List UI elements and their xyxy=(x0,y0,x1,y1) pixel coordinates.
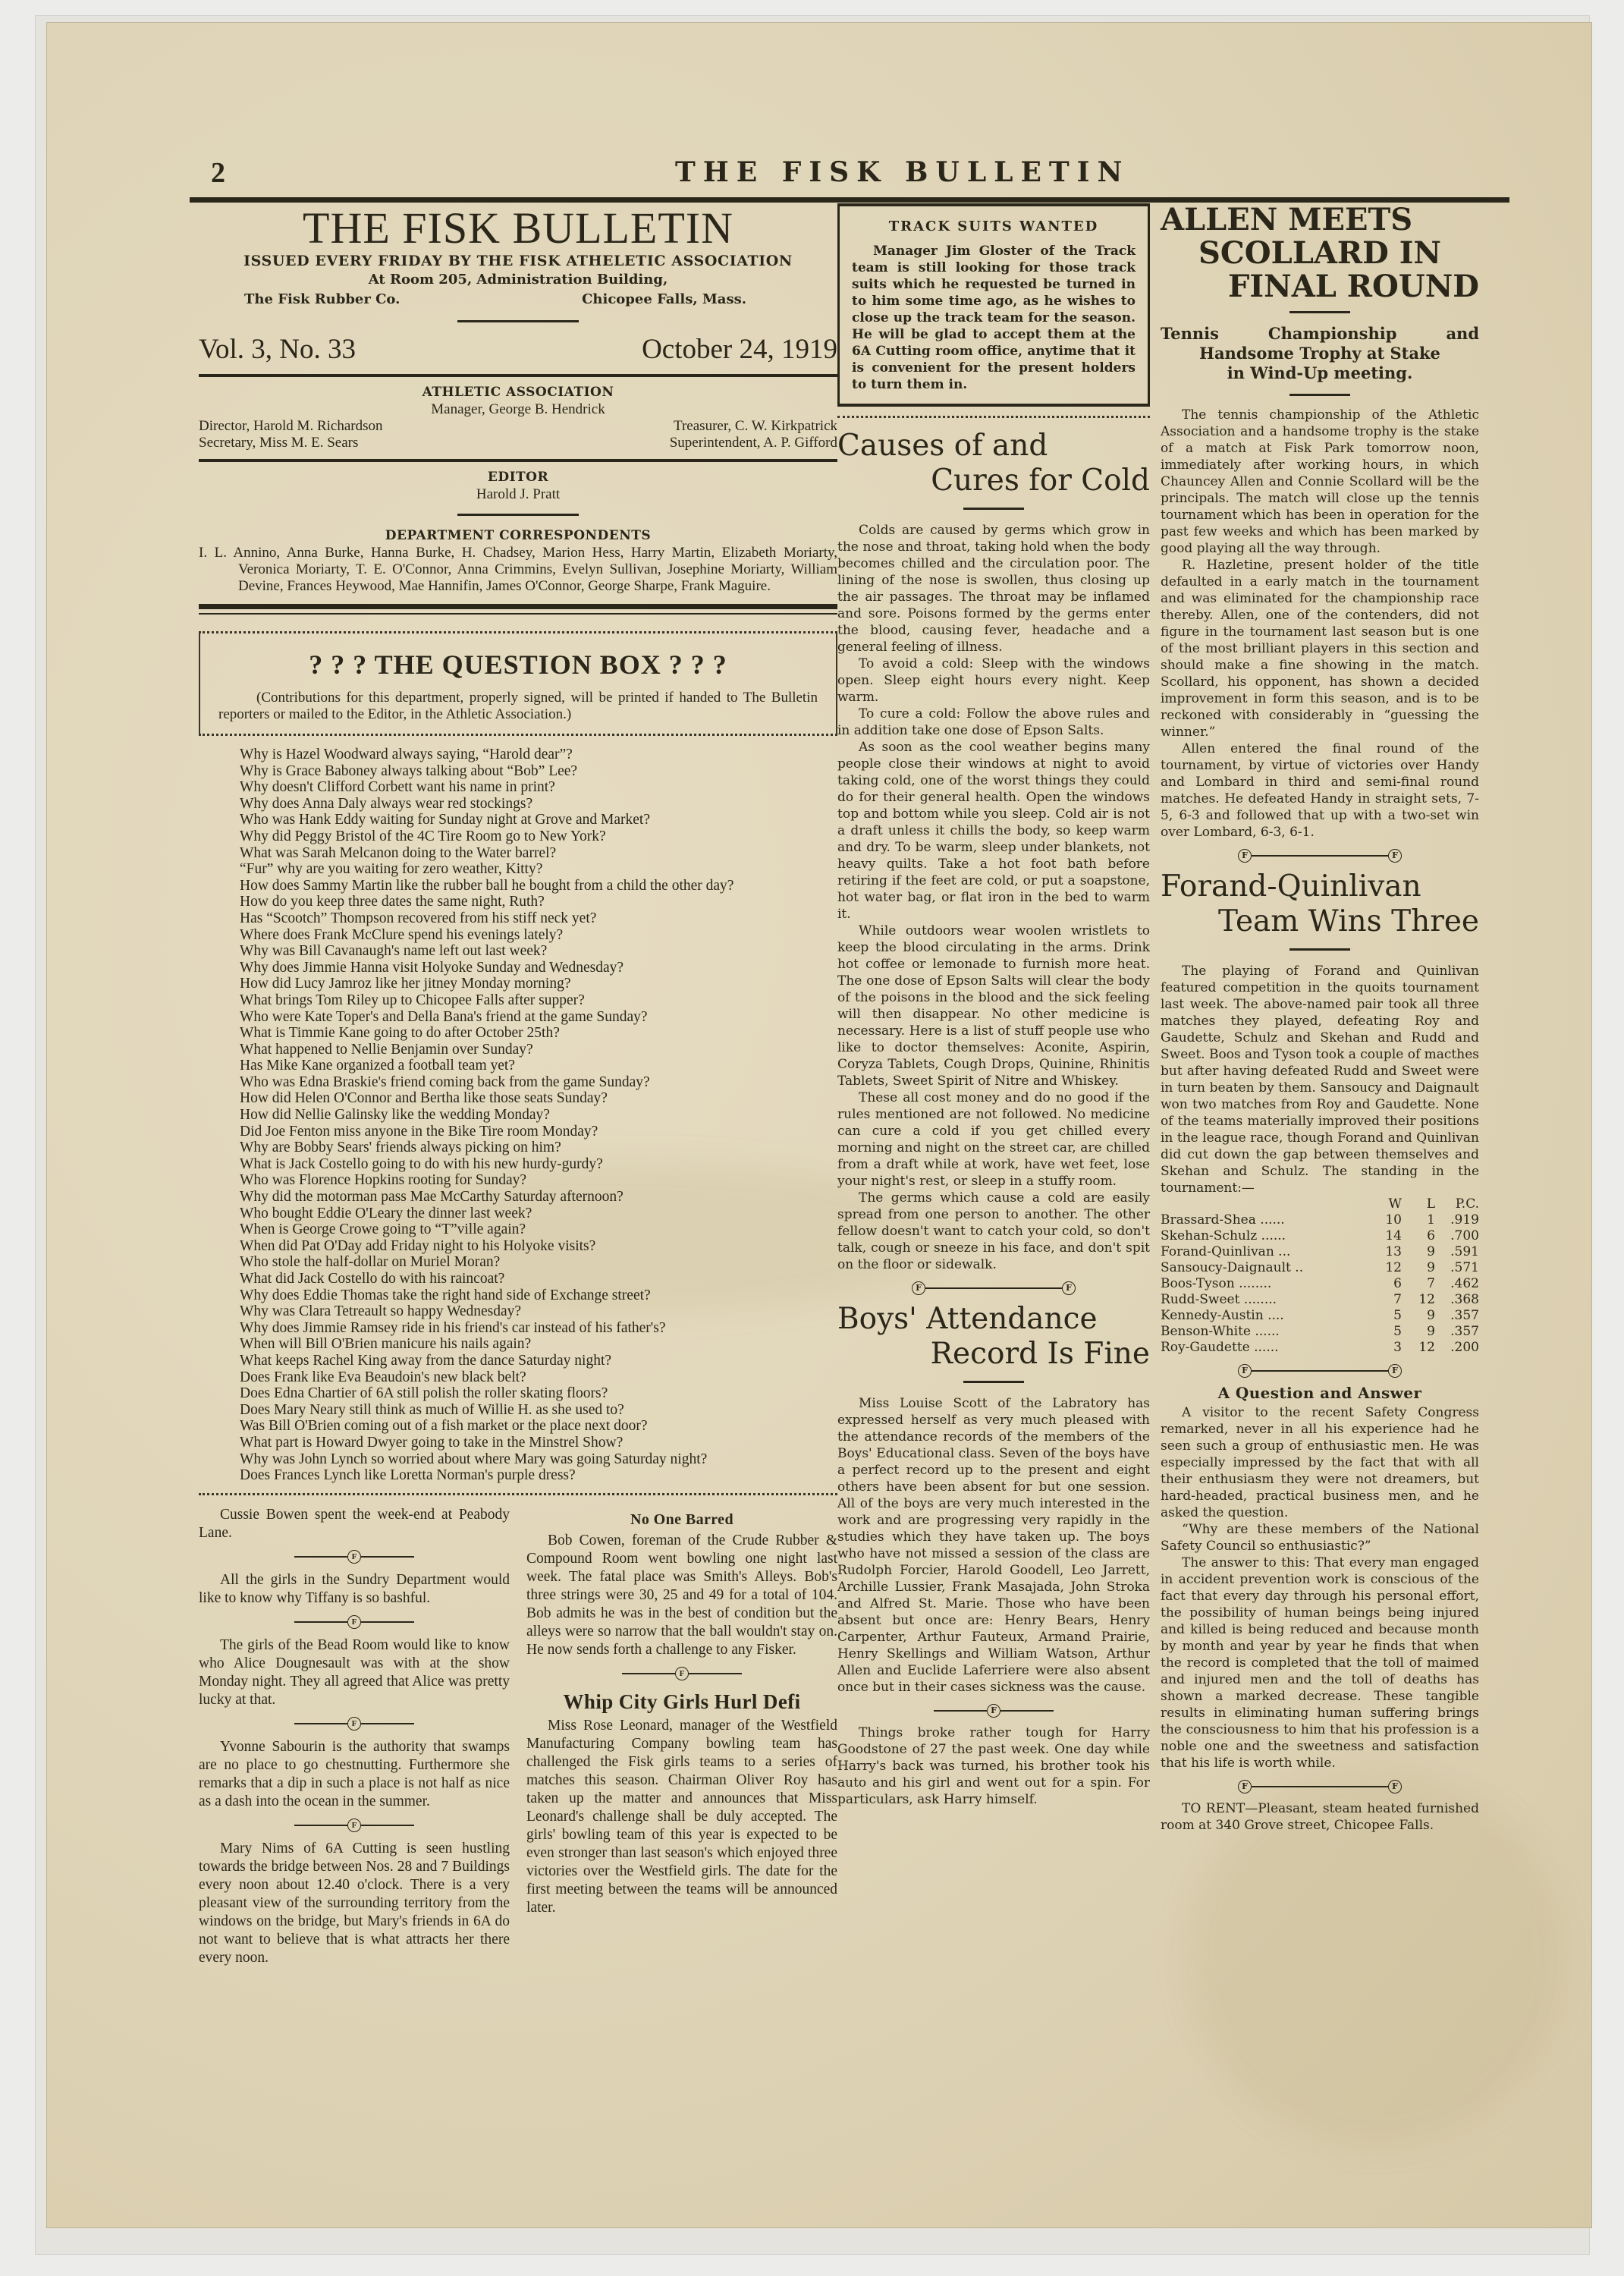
masthead-location: Chicopee Falls, Mass. xyxy=(582,290,746,310)
question-item: When will Bill O'Brien manicure his nail… xyxy=(199,1336,837,1353)
brief-item: Cussie Bowen spent the week-end at Peabo… xyxy=(199,1506,510,1542)
question-item: What is Timmie Kane going to do after Oc… xyxy=(199,1025,837,1042)
brief-item: All the girls in the Sundry Department w… xyxy=(199,1571,510,1608)
losses: 9 xyxy=(1402,1324,1435,1340)
question-item: Did Joe Fenton miss anyone in the Bike T… xyxy=(199,1124,837,1140)
masthead-company-row: The Fisk Rubber Co. Chicopee Falls, Mass… xyxy=(199,290,837,310)
masthead-address: At Room 205, Administration Building, xyxy=(199,270,837,290)
colds-paragraph: To avoid a cold: Sleep with the windows … xyxy=(837,655,1150,706)
question-item: How did Helen O'Connor and Bertha like t… xyxy=(199,1090,837,1107)
page-number: 2 xyxy=(211,156,225,190)
colds-paragraph: To cure a cold: Follow the above rules a… xyxy=(837,706,1150,739)
fisk-logo-icon: F xyxy=(1388,849,1402,863)
correspondents-heading: DEPARTMENT CORRESPONDENTS xyxy=(199,527,837,545)
question-item: When is George Crowe going to “T”ville a… xyxy=(199,1221,837,1238)
middle-column: TRACK SUITS WANTED Manager Jim Gloster o… xyxy=(837,203,1150,1808)
losses: 9 xyxy=(1402,1244,1435,1260)
losses: 1 xyxy=(1402,1212,1435,1228)
allen-scollard-headline: ALLEN MEETS SCOLLARD IN FINAL ROUND xyxy=(1161,203,1479,303)
left-subcolumns: Cussie Bowen spent the week-end at Peabo… xyxy=(199,1506,837,1967)
fisk-logo-icon: F xyxy=(987,1704,1000,1718)
question-item: Why is Grace Baboney always talking abou… xyxy=(199,763,837,780)
brief-item: Mary Nims of 6A Cutting is seen hustling… xyxy=(199,1840,510,1967)
question-item: Why was Bill Cavanaugh's name left out l… xyxy=(199,943,837,960)
wins: 5 xyxy=(1368,1308,1402,1324)
ornament-divider: F xyxy=(199,1548,510,1565)
percentage: .462 xyxy=(1435,1276,1479,1292)
colds-headline-line-1: Causes of and xyxy=(837,429,1150,464)
ornament-divider: F xyxy=(199,1614,510,1630)
correspondents-list: I. L. Annino, Anna Burke, Hanna Burke, H… xyxy=(199,545,837,595)
forand-headline-line-2: Team Wins Three xyxy=(1161,904,1479,939)
question-answer-heading: A Question and Answer xyxy=(1161,1385,1479,1401)
team-name: Kennedy-Austin .... xyxy=(1161,1308,1368,1324)
question-item: Who were Kate Toper's and Della Bana's f… xyxy=(199,1009,837,1026)
losses: 7 xyxy=(1402,1276,1435,1292)
question-item: Why is Hazel Woodward always saying, “Ha… xyxy=(199,747,837,763)
deck-line: in Wind-Up meeting. xyxy=(1161,363,1479,383)
question-item: Why does Jimmie Ramsey ride in his frien… xyxy=(199,1320,837,1337)
question-item: Who bought Eddie O'Leary the dinner last… xyxy=(199,1206,837,1222)
superintendent-line: Superintendent, A. P. Gifford xyxy=(670,435,837,451)
masthead-company: The Fisk Rubber Co. xyxy=(244,290,400,310)
quoits-standings-table: W L P.C. Brassard-Shea ......101.919 Ske… xyxy=(1161,1196,1479,1356)
team-name: Benson-White ...... xyxy=(1161,1324,1368,1340)
forand-quinlivan-body: The playing of Forand and Quinlivan feat… xyxy=(1161,963,1479,1196)
losses: 12 xyxy=(1402,1292,1435,1308)
no-one-barred-body: Bob Cowen, foreman of the Crude Rubber &… xyxy=(526,1532,837,1659)
divider xyxy=(457,514,579,516)
wins: 12 xyxy=(1368,1260,1402,1276)
wavy-divider xyxy=(837,416,1150,418)
table-row: Boos-Tyson ........67.462 xyxy=(1161,1276,1479,1292)
question-item: Who stole the half-dollar on Muriel Mora… xyxy=(199,1254,837,1271)
wins: 3 xyxy=(1368,1340,1402,1356)
running-head: 2 THE FISK BULLETIN xyxy=(190,152,1509,203)
wins: 10 xyxy=(1368,1212,1402,1228)
divider xyxy=(1289,394,1350,396)
question-item: What keeps Rachel King away from the dan… xyxy=(199,1353,837,1369)
fisk-logo-icon: F xyxy=(1238,1364,1252,1378)
whip-city-heading: Whip City Girls Hurl Defi xyxy=(526,1693,837,1711)
brief-item: The girls of the Bead Room would like to… xyxy=(199,1636,510,1709)
question-box-note: (Contributions for this department, prop… xyxy=(218,690,818,723)
to-rent-ad: TO RENT—Pleasant, steam heated furnished… xyxy=(1161,1800,1479,1834)
question-item: Why did Peggy Bristol of the 4C Tire Roo… xyxy=(199,828,837,845)
percentage: .700 xyxy=(1435,1228,1479,1244)
allen-scollard-deck: Tennis Championship and Handsome Trophy … xyxy=(1161,324,1479,383)
issue-row: Vol. 3, No. 33 October 24, 1919 xyxy=(199,333,837,366)
colds-paragraph: Colds are caused by germs which grow in … xyxy=(837,522,1150,655)
team-name: Roy-Gaudette ...... xyxy=(1161,1340,1368,1356)
question-answer-paragraph: “Why are these members of the National S… xyxy=(1161,1521,1479,1555)
table-row: Benson-White ......59.357 xyxy=(1161,1324,1479,1340)
forand-quinlivan-headline: Forand-Quinlivan Team Wins Three xyxy=(1161,869,1479,939)
question-answer-paragraph: The answer to this: That every man engag… xyxy=(1161,1555,1479,1771)
wins: 7 xyxy=(1368,1292,1402,1308)
divider xyxy=(199,613,837,615)
allen-headline-line-1: ALLEN MEETS xyxy=(1161,203,1479,237)
losses: 6 xyxy=(1402,1228,1435,1244)
divider xyxy=(199,459,837,462)
question-item: What happened to Nellie Benjamin over Su… xyxy=(199,1042,837,1058)
question-item: Who was Edna Braskie's friend coming bac… xyxy=(199,1074,837,1091)
masthead-title: THE FISK BULLETIN xyxy=(199,205,837,252)
ornament-divider: FF xyxy=(837,1279,1150,1296)
right-column: ALLEN MEETS SCOLLARD IN FINAL ROUND Tenn… xyxy=(1161,203,1479,1834)
treasurer-line: Treasurer, C. W. Kirkpatrick xyxy=(674,418,837,435)
question-item: How do you keep three dates the same nig… xyxy=(199,894,837,910)
director-line: Director, Harold M. Richardson xyxy=(199,418,382,435)
question-item: Why was John Lynch so worried about wher… xyxy=(199,1451,837,1468)
colds-paragraph: These all cost money and do no good if t… xyxy=(837,1089,1150,1190)
table-row: Brassard-Shea ......101.919 xyxy=(1161,1212,1479,1228)
question-item: Does Frank like Eva Beaudoin's new black… xyxy=(199,1369,837,1386)
wins: 6 xyxy=(1368,1276,1402,1292)
divider xyxy=(1289,948,1350,951)
fisk-logo-icon: F xyxy=(1388,1364,1402,1378)
question-item: Has “Scootch” Thompson recovered from hi… xyxy=(199,910,837,927)
allen-paragraph: R. Hazletine, present holder of the titl… xyxy=(1161,557,1479,740)
percentage: .571 xyxy=(1435,1260,1479,1276)
question-item: How did Nellie Galinsky like the wedding… xyxy=(199,1107,837,1124)
harry-goodstone-body: Things broke rather tough for Harry Good… xyxy=(837,1724,1150,1808)
table-row: Kennedy-Austin ....59.357 xyxy=(1161,1308,1479,1324)
question-box-title: ? ? ? THE QUESTION BOX ? ? ? xyxy=(218,646,818,684)
colds-headline-line-2: Cures for Cold xyxy=(837,464,1150,498)
whip-city-body: Miss Rose Leonard, manager of the Westfi… xyxy=(526,1717,837,1917)
ornament-divider: F xyxy=(199,1715,510,1732)
secretary-line: Secretary, Miss M. E. Sears xyxy=(199,435,358,451)
divider xyxy=(199,374,837,377)
officers-row-1: Director, Harold M. Richardson Treasurer… xyxy=(199,418,837,435)
team-name: Skehan-Schulz ...... xyxy=(1161,1228,1368,1244)
question-item: Why does Eddie Thomas take the right han… xyxy=(199,1287,837,1304)
question-item: Why does Jimmie Hanna visit Holyoke Sund… xyxy=(199,960,837,976)
percentage: .200 xyxy=(1435,1340,1479,1356)
officers-row-2: Secretary, Miss M. E. Sears Superintende… xyxy=(199,435,837,451)
issue-date: October 24, 1919 xyxy=(642,333,837,366)
table-row: Skehan-Schulz ......146.700 xyxy=(1161,1228,1479,1244)
question-item: Does Mary Neary still think as much of W… xyxy=(199,1402,837,1419)
track-suits-box: TRACK SUITS WANTED Manager Jim Gloster o… xyxy=(837,203,1150,407)
question-item: Does Frances Lynch like Loretta Norman's… xyxy=(199,1467,837,1484)
fisk-logo-icon: F xyxy=(675,1667,689,1680)
ornament-divider: F xyxy=(526,1665,837,1682)
column-header: P.C. xyxy=(1435,1196,1479,1212)
team-name: Forand-Quinlivan ... xyxy=(1161,1244,1368,1260)
wins: 13 xyxy=(1368,1244,1402,1260)
fisk-logo-icon: F xyxy=(1238,849,1252,863)
divider xyxy=(457,320,579,322)
manager-line: Manager, George B. Hendrick xyxy=(199,401,837,418)
question-item: “Fur” why are you waiting for zero weath… xyxy=(199,861,837,878)
divider xyxy=(199,604,837,609)
question-list: Why is Hazel Woodward always saying, “Ha… xyxy=(199,747,837,1484)
percentage: .591 xyxy=(1435,1244,1479,1260)
fisk-logo-icon: F xyxy=(1388,1780,1402,1793)
question-item: Why was Clara Tetreault so happy Wednesd… xyxy=(199,1303,837,1320)
wins: 5 xyxy=(1368,1324,1402,1340)
question-item: Where does Frank McClure spend his eveni… xyxy=(199,927,837,944)
question-item: How did Lucy Jamroz like her jitney Mond… xyxy=(199,976,837,992)
table-row: Sansoucy-Daignault ..129.571 xyxy=(1161,1260,1479,1276)
losses: 12 xyxy=(1402,1340,1435,1356)
question-item: Why did the motorman pass Mae McCarthy S… xyxy=(199,1189,837,1206)
question-item: What was Sarah Melcanon doing to the Wat… xyxy=(199,845,837,862)
fisk-logo-icon: F xyxy=(912,1281,925,1295)
colds-paragraph: As soon as the cool weather begins many … xyxy=(837,739,1150,923)
question-item: Why doesn't Clifford Corbett want his na… xyxy=(199,779,837,796)
losses: 9 xyxy=(1402,1308,1435,1324)
team-name: Sansoucy-Daignault .. xyxy=(1161,1260,1368,1276)
masthead-issued-by: ISSUED EVERY FRIDAY BY THE FISK ATHELETI… xyxy=(199,252,837,270)
table-row: Forand-Quinlivan ...139.591 xyxy=(1161,1244,1479,1260)
ornament-divider: F xyxy=(837,1702,1150,1718)
ornament-divider: FF xyxy=(1161,1362,1479,1378)
question-item: What brings Tom Riley up to Chicopee Fal… xyxy=(199,992,837,1009)
table-row: Rudd-Sweet ........712.368 xyxy=(1161,1292,1479,1308)
athletic-association-heading: ATHLETIC ASSOCIATION xyxy=(199,383,837,401)
volume-number: Vol. 3, No. 33 xyxy=(199,333,356,366)
boys-headline-line-2: Record Is Fine xyxy=(837,1337,1150,1372)
allen-headline-line-2: SCOLLARD IN xyxy=(1161,237,1479,270)
question-item: Who was Hank Eddy waiting for Sunday nig… xyxy=(199,812,837,828)
column-header: W xyxy=(1368,1196,1402,1212)
divider xyxy=(1289,311,1350,313)
fisk-logo-icon: F xyxy=(347,1550,361,1564)
column-header: L xyxy=(1402,1196,1435,1212)
deck-line: Handsome Trophy at Stake xyxy=(1161,344,1479,363)
fisk-logo-icon: F xyxy=(347,1717,361,1731)
colds-headline: Causes of and Cures for Cold xyxy=(837,429,1150,498)
question-item: Does Edna Chartier of 6A still polish th… xyxy=(199,1385,837,1402)
ornament-divider: FF xyxy=(1161,1778,1479,1794)
deck-line: Tennis Championship and xyxy=(1161,324,1479,344)
forand-headline-line-1: Forand-Quinlivan xyxy=(1161,869,1479,904)
fisk-logo-icon: F xyxy=(347,1819,361,1832)
allen-headline-line-3: FINAL ROUND xyxy=(1161,270,1479,303)
brief-item: Yvonne Sabourin is the authority that sw… xyxy=(199,1738,510,1811)
percentage: .357 xyxy=(1435,1308,1479,1324)
allen-paragraph: The tennis championship of the Athletic … xyxy=(1161,407,1479,557)
bowling-column: No One Barred Bob Cowen, foreman of the … xyxy=(526,1506,837,1967)
question-item: What part is Howard Dwyer going to take … xyxy=(199,1435,837,1451)
question-item: What is Jack Costello going to do with h… xyxy=(199,1156,837,1173)
track-suits-title: TRACK SUITS WANTED xyxy=(852,218,1136,235)
boys-attendance-body: Miss Louise Scott of the Labratory has e… xyxy=(837,1395,1150,1696)
no-one-barred-heading: No One Barred xyxy=(526,1511,837,1529)
divider xyxy=(963,1381,1024,1383)
standings-header-row: W L P.C. xyxy=(1161,1196,1479,1212)
fisk-logo-icon: F xyxy=(347,1615,361,1629)
question-answer-paragraph: A visitor to the recent Safety Congress … xyxy=(1161,1404,1479,1521)
percentage: .919 xyxy=(1435,1212,1479,1228)
team-name: Brassard-Shea ...... xyxy=(1161,1212,1368,1228)
boys-attendance-headline: Boys' Attendance Record Is Fine xyxy=(837,1302,1150,1372)
question-item: Who was Florence Hopkins rooting for Sun… xyxy=(199,1172,837,1189)
colds-paragraph: The germs which cause a cold are easily … xyxy=(837,1190,1150,1273)
fisk-logo-icon: F xyxy=(1062,1281,1076,1295)
question-item: Has Mike Kane organized a football team … xyxy=(199,1058,837,1074)
divider xyxy=(963,508,1024,510)
running-title: THE FISK BULLETIN xyxy=(675,156,1129,188)
left-column: THE FISK BULLETIN ISSUED EVERY FRIDAY BY… xyxy=(199,205,837,1967)
track-suits-body: Manager Jim Gloster of the Track team is… xyxy=(852,243,1136,393)
team-name: Boos-Tyson ........ xyxy=(1161,1276,1368,1292)
boys-headline-line-1: Boys' Attendance xyxy=(837,1302,1150,1337)
percentage: .368 xyxy=(1435,1292,1479,1308)
allen-paragraph: Allen entered the final round of the tou… xyxy=(1161,740,1479,841)
question-item: Why does Anna Daly always wear red stock… xyxy=(199,796,837,813)
question-item: How does Sammy Martin like the rubber ba… xyxy=(199,878,837,894)
wavy-divider xyxy=(199,1493,837,1495)
question-box-panel: ? ? ? THE QUESTION BOX ? ? ? (Contributi… xyxy=(199,631,837,736)
colds-paragraph: While outdoors wear woolen wristlets to … xyxy=(837,923,1150,1089)
question-item: Why are Bobby Sears' friends always pick… xyxy=(199,1140,837,1156)
question-item: Was Bill O'Brien coming out of a fish ma… xyxy=(199,1418,837,1435)
fisk-logo-icon: F xyxy=(1238,1780,1252,1793)
question-item: When did Pat O'Day add Friday night to h… xyxy=(199,1238,837,1255)
ornament-divider: F xyxy=(199,1817,510,1834)
question-item: What did Jack Costello do with his rainc… xyxy=(199,1271,837,1287)
losses: 9 xyxy=(1402,1260,1435,1276)
ornament-divider: FF xyxy=(1161,847,1479,863)
briefs-column: Cussie Bowen spent the week-end at Peabo… xyxy=(199,1506,510,1967)
editor-name: Harold J. Pratt xyxy=(199,486,837,503)
team-name: Rudd-Sweet ........ xyxy=(1161,1292,1368,1308)
percentage: .357 xyxy=(1435,1324,1479,1340)
wins: 14 xyxy=(1368,1228,1402,1244)
table-row: Roy-Gaudette ......312.200 xyxy=(1161,1340,1479,1356)
editor-heading: EDITOR xyxy=(199,468,837,486)
